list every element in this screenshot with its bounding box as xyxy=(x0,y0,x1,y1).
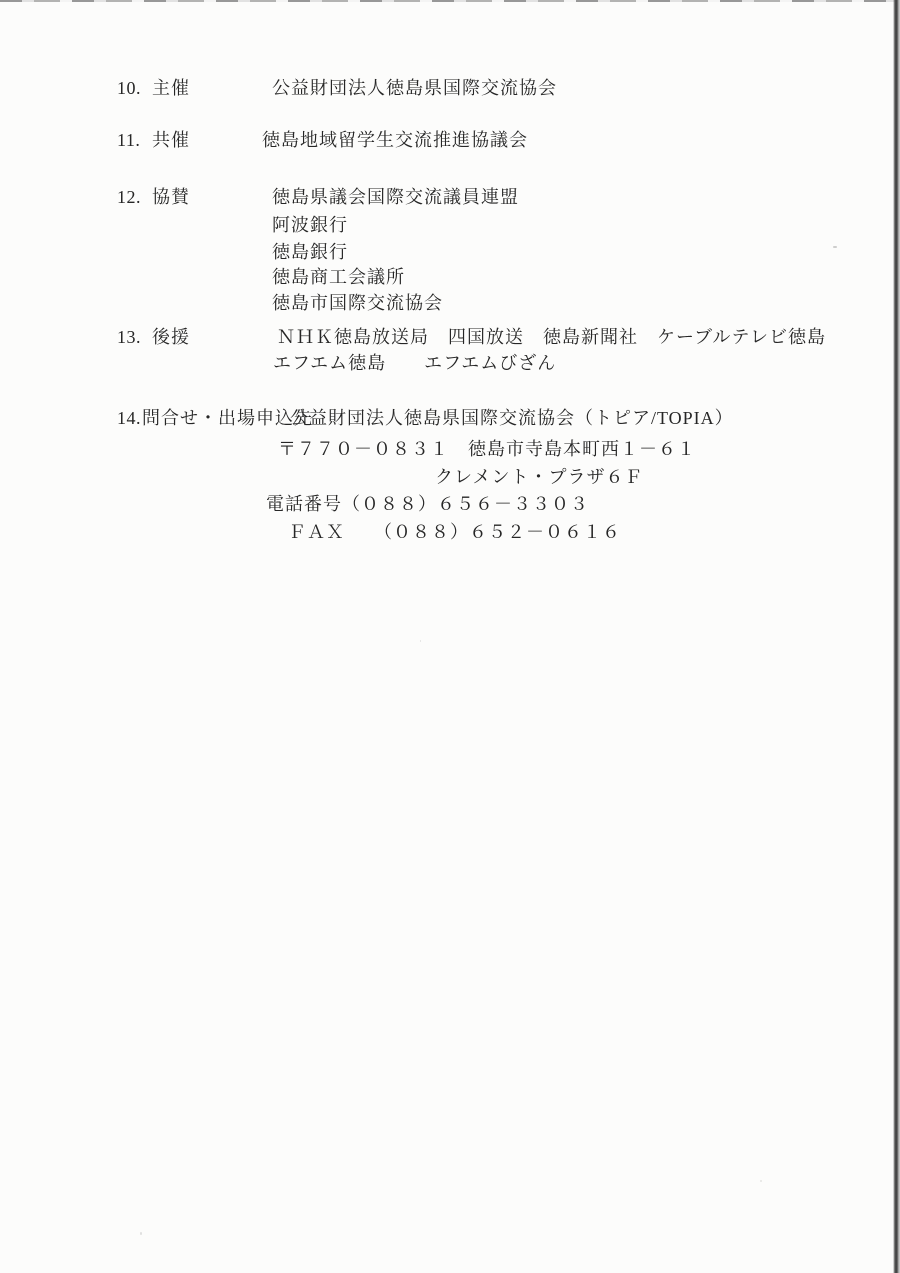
item-14-fax: ＦＡＸ （０８８）６５２－０６１６ xyxy=(288,523,621,542)
item-12-number: 12. xyxy=(117,188,141,207)
item-10-value: 公益財団法人徳島県国際交流協会 xyxy=(272,79,557,98)
item-12-value-3: 徳島銀行 xyxy=(272,243,348,262)
item-12-value-4: 徳島商工会議所 xyxy=(272,268,405,287)
scan-top-edge-artifact xyxy=(0,0,900,2)
item-12-value-5: 徳島市国際交流協会 xyxy=(272,294,443,313)
item-11-label: 共催 xyxy=(152,131,190,150)
scan-speck xyxy=(420,640,421,642)
item-11-number: 11. xyxy=(117,131,140,150)
scan-speck xyxy=(833,246,837,248)
scan-speck xyxy=(760,1180,762,1182)
scan-speck xyxy=(140,1232,142,1235)
item-10-label: 主催 xyxy=(152,79,190,98)
item-14-number: 14. xyxy=(117,409,141,428)
item-14-building: クレメント・プラザ６Ｆ xyxy=(435,468,643,487)
item-13-label: 後援 xyxy=(152,328,190,347)
item-10-number: 10. xyxy=(117,79,141,98)
item-13-value-1: ＮＨＫ徳島放送局 四国放送 徳島新聞社 ケーブルテレビ徳島 xyxy=(277,328,826,347)
item-14-phone: 電話番号（０８８）６５６－３３０３ xyxy=(266,495,589,514)
item-12-label: 協賛 xyxy=(152,188,190,207)
item-14-label: 問合せ・出場申込先 xyxy=(142,409,313,428)
item-13-value-2: エフエム徳島 エフエムびざん xyxy=(273,354,556,373)
scan-right-edge-artifact xyxy=(893,0,900,1273)
item-12-value-1: 徳島県議会国際交流議員連盟 xyxy=(272,188,519,207)
item-14-organization: 公益財団法人徳島県国際交流協会（トピア/TOPIA） xyxy=(290,409,734,428)
item-11-value: 徳島地域留学生交流推進協議会 xyxy=(262,131,528,150)
scanned-document-page: 10. 主催 公益財団法人徳島県国際交流協会 11. 共催 徳島地域留学生交流推… xyxy=(0,0,900,1273)
item-14-postal-address: 〒７７０－０８３１ 徳島市寺島本町西１－６１ xyxy=(278,440,696,459)
item-13-number: 13. xyxy=(117,328,141,347)
item-12-value-2: 阿波銀行 xyxy=(272,216,348,235)
